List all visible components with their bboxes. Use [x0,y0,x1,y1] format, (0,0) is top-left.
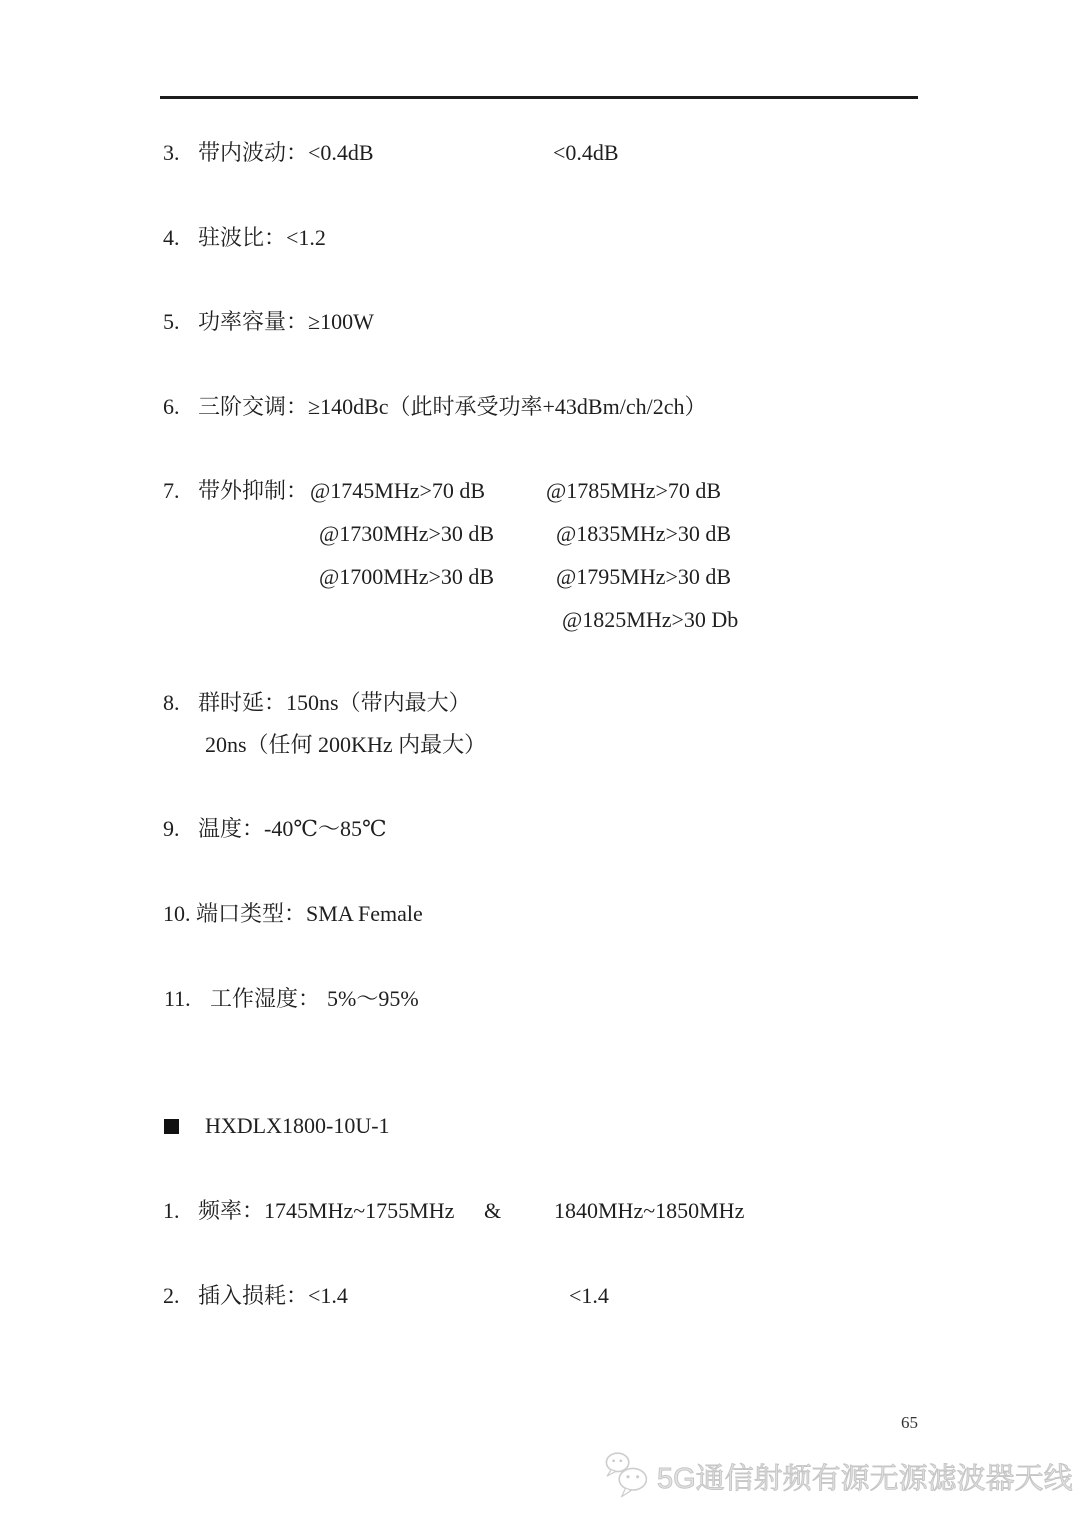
item-label: 工作湿度： [210,984,320,1014]
rejection-value: @1825MHz>30 Db [562,605,738,635]
item-value-2: <1.4 [569,1281,609,1311]
item-text: 带内波动：<0.4dB [198,138,374,168]
page-number: 65 [901,1412,918,1434]
spec-item-10: 10. 端口类型：SMA Female [0,899,1080,929]
rejection-value: @1700MHz>30 dB [319,562,494,592]
watermark: 5G通信射频有源无源滤波器天线 [604,1450,1073,1507]
item-value-1: <1.2 [286,225,326,250]
item-value-1: <1.4 [308,1283,348,1308]
item-number: 1. [163,1196,180,1226]
rejection-value: @1730MHz>30 dB [319,519,494,549]
item-value-1: SMA Female [306,901,423,926]
rejection-value: @1785MHz>70 dB [546,476,721,506]
item-value-2: <0.4dB [553,138,619,168]
watermark-text: 5G通信射频有源无源滤波器天线 [657,1453,1073,1505]
item-number: 3. [163,138,180,168]
item-number: 2. [163,1281,180,1311]
item-value-2: 20ns（任何 200KHz 内最大） [205,730,486,760]
item-number: 5. [163,307,180,337]
spec2-item-2: 2. 插入损耗：<1.4 <1.4 [0,1281,1080,1311]
header-rule [160,96,918,99]
spec-item-7-row-1: 7. 带外抑制： @1745MHz>70 dB @1785MHz>70 dB [0,476,1080,506]
spec-item-5: 5. 功率容量：≥100W [0,307,1080,337]
item-text: 驻波比：<1.2 [198,223,326,253]
item-value-1: 5%～95% [327,984,419,1014]
item-value-1: 150ns（带内最大） [286,690,471,715]
spec-item-8-line-2: 20ns（任何 200KHz 内最大） [0,730,1080,760]
item-label: 带外抑制： [198,476,308,506]
item-label: 群时延： [198,690,286,715]
item-label: 插入损耗： [198,1283,308,1308]
spec-item-9: 9. 温度：-40℃～85℃ [0,814,1080,844]
spec-item-7-row-3: @1700MHz>30 dB @1795MHz>30 dB [0,562,1080,592]
spec2-item-1: 1. 频率：1745MHz~1755MHz & 1840MHz~1850MHz [0,1196,1080,1226]
spec-item-4: 4. 驻波比：<1.2 [0,223,1080,253]
item-text: 功率容量：≥100W [198,307,374,337]
item-value-2: 1840MHz~1850MHz [554,1196,744,1226]
section-heading: HXDLX1800-10U-1 [0,1111,1080,1141]
item-value-1: ≥100W [308,309,374,334]
item-number: 9. [163,814,180,844]
item-text: 端口类型：SMA Female [196,899,423,929]
item-value-1: <0.4dB [308,140,374,165]
item-value-1: -40℃～85℃ [264,816,387,841]
spec-item-7-row-2: @1730MHz>30 dB @1835MHz>30 dB [0,519,1080,549]
document-page: 3. 带内波动：<0.4dB <0.4dB 4. 驻波比：<1.2 5. 功率容… [0,0,1080,1526]
item-number: 10. [163,899,191,929]
item-label: 温度： [198,816,264,841]
spec-item-11: 11. 工作湿度： 5%～95% [0,984,1080,1014]
section-title: HXDLX1800-10U-1 [205,1111,390,1141]
item-label: 功率容量： [198,309,308,334]
item-value-1: ≥140dBc（此时承受功率+43dBm/ch/2ch） [308,394,706,419]
item-separator: & [484,1196,501,1226]
item-text: 三阶交调：≥140dBc（此时承受功率+43dBm/ch/2ch） [198,392,706,422]
item-number: 6. [163,392,180,422]
item-label: 端口类型： [196,901,306,926]
item-value-1: 1745MHz~1755MHz [264,1198,454,1223]
spec-item-8: 8. 群时延：150ns（带内最大） [0,688,1080,718]
item-text: 频率：1745MHz~1755MHz [198,1196,454,1226]
spec-item-6: 6. 三阶交调：≥140dBc（此时承受功率+43dBm/ch/2ch） [0,392,1080,422]
item-text: 插入损耗：<1.4 [198,1281,348,1311]
item-text: 群时延：150ns（带内最大） [198,688,471,718]
item-number: 11. [164,984,191,1014]
item-number: 8. [163,688,180,718]
item-label: 频率： [198,1198,264,1223]
item-label: 驻波比： [198,225,286,250]
item-number: 4. [163,223,180,253]
item-label: 三阶交调： [198,394,308,419]
rejection-value: @1795MHz>30 dB [556,562,731,592]
rejection-value: @1835MHz>30 dB [556,519,731,549]
item-text: 温度：-40℃～85℃ [198,814,387,844]
rejection-value: @1745MHz>70 dB [310,476,485,506]
spec-item-3: 3. 带内波动：<0.4dB <0.4dB [0,138,1080,168]
item-number: 7. [163,476,180,506]
wechat-icon [604,1450,652,1507]
spec-item-7-row-4: @1825MHz>30 Db [0,605,1080,635]
item-label: 带内波动： [198,140,308,165]
